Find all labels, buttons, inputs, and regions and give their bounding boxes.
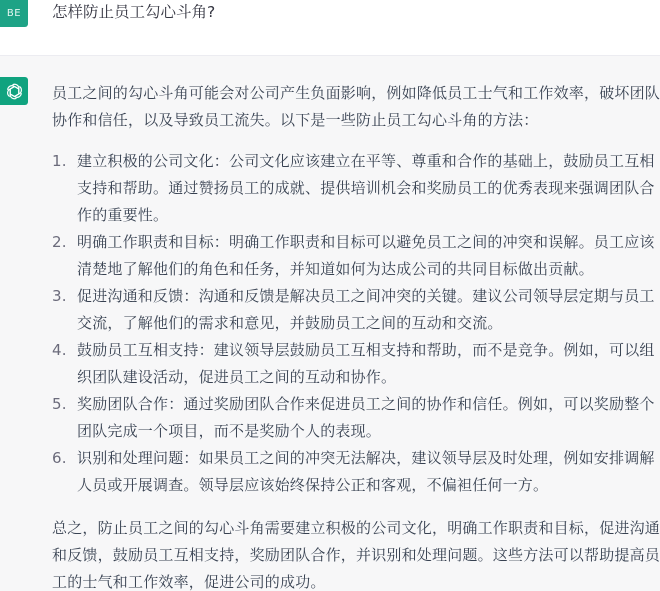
list-item-number: 5. [52,391,77,445]
intro-paragraph: 员工之间的勾心斗角可能会对公司产生负面影响，例如降低员工士气和工作效率，破坏团队… [52,80,660,134]
list-item-number: 1. [52,148,77,229]
summary-paragraph: 总之，防止员工之间的勾心斗角需要建立积极的公司文化，明确工作职责和目标，促进沟通… [52,515,660,591]
user-message-row: BE 怎样防止员工勾心斗角? [0,0,660,55]
methods-list: 1. 建立积极的公司文化：公司文化应该建立在平等、尊重和合作的基础上，鼓励员工互… [52,148,660,499]
list-item-number: 4. [52,337,77,391]
list-item-text: 建立积极的公司文化：公司文化应该建立在平等、尊重和合作的基础上，鼓励员工互相支持… [77,148,660,229]
list-item: 3. 促进沟通和反馈：沟通和反馈是解决员工之间冲突的关键。建议公司领导层定期与员… [52,283,660,337]
list-item-number: 6. [52,445,77,499]
user-avatar: BE [0,0,28,27]
list-item-text: 奖励团队合作：通过奖励团队合作来促进员工之间的协作和信任。例如，可以奖励整个团队… [77,391,660,445]
user-message-text: 怎样防止员工勾心斗角? [52,2,215,22]
user-avatar-initials: BE [7,8,21,19]
list-item-text: 明确工作职责和目标：明确工作职责和目标可以避免员工之间的冲突和误解。员工应该清楚… [77,229,660,283]
list-item-number: 2. [52,229,77,283]
list-item: 5. 奖励团队合作：通过奖励团队合作来促进员工之间的协作和信任。例如，可以奖励整… [52,391,660,445]
list-item: 6. 识别和处理问题：如果员工之间的冲突无法解决，建议领导层及时处理，例如安排调… [52,445,660,499]
assistant-message-row: 员工之间的勾心斗角可能会对公司产生负面影响，例如降低员工士气和工作效率，破坏团队… [0,55,660,591]
list-item-number: 3. [52,283,77,337]
assistant-avatar [0,77,28,105]
openai-logo-icon [5,82,24,101]
list-item: 2. 明确工作职责和目标：明确工作职责和目标可以避免员工之间的冲突和误解。员工应… [52,229,660,283]
list-item-text: 鼓励员工互相支持：建议领导层鼓励员工互相支持和帮助，而不是竞争。例如，可以组织团… [77,337,660,391]
list-item: 4. 鼓励员工互相支持：建议领导层鼓励员工互相支持和帮助，而不是竞争。例如，可以… [52,337,660,391]
list-item: 1. 建立积极的公司文化：公司文化应该建立在平等、尊重和合作的基础上，鼓励员工互… [52,148,660,229]
assistant-message-content: 员工之间的勾心斗角可能会对公司产生负面影响，例如降低员工士气和工作效率，破坏团队… [52,80,660,591]
list-item-text: 促进沟通和反馈：沟通和反馈是解决员工之间冲突的关键。建议公司领导层定期与员工交流… [77,283,660,337]
list-item-text: 识别和处理问题：如果员工之间的冲突无法解决，建议领导层及时处理，例如安排调解人员… [77,445,660,499]
